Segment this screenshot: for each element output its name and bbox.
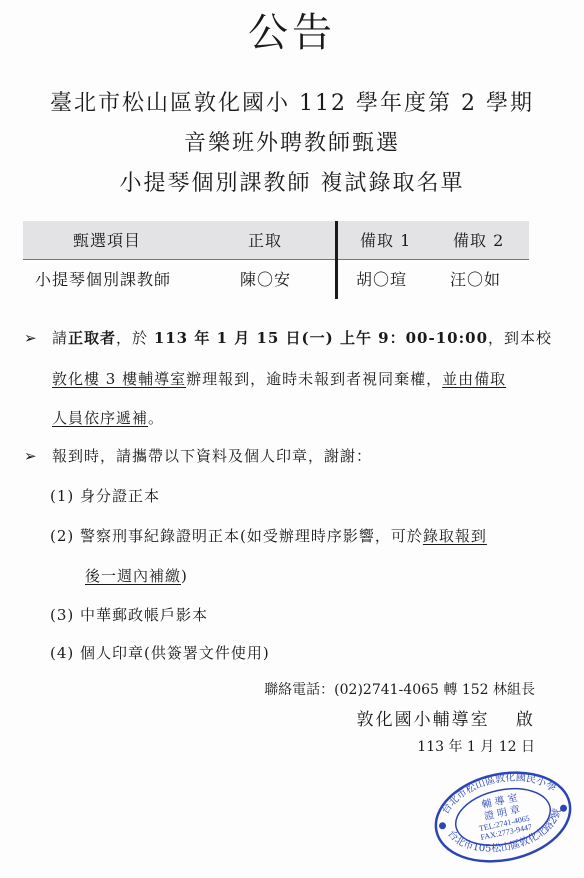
text: ，於	[116, 329, 154, 347]
underlined-text: 人員依序遞補	[52, 409, 148, 427]
notice-1-line-3: 人員依序遞補。	[52, 408, 164, 428]
arrow-bullet-icon: ➢	[24, 446, 37, 466]
notice-2-text: 報到時，請攜帶以下資料及個人印章，謝謝：	[52, 446, 372, 466]
item-number: (2)	[50, 527, 74, 545]
header-admitted: 正取	[248, 231, 282, 251]
item-number: (3)	[50, 606, 74, 624]
official-seal-stamp: 台北市松山區敦化國民小學 台北市105松山區敦化北路2號 輔 導 室 證 明 章…	[431, 769, 575, 866]
header-selection-item: 甄選項目	[73, 231, 141, 251]
item-number: (4)	[50, 644, 74, 662]
bold-datetime: 113 年 1 月 15 日(一) 上午 9：00-10:00	[154, 329, 488, 347]
text: 請	[52, 329, 68, 347]
item-number: (1)	[50, 487, 74, 505]
subtitle-recruitment: 音樂班外聘教師甄選	[0, 129, 584, 159]
list-item-2-continuation: 後一週內補繳)	[85, 566, 188, 586]
underlined-text: 並由備取	[442, 370, 506, 388]
cell-alternate-1: 胡〇瑄	[356, 270, 407, 290]
header-alternate-1: 備取 1	[360, 231, 411, 251]
list-item-4: (4) 個人印章(供簽署文件使用)	[50, 643, 270, 663]
list-item-3: (3) 中華郵政帳戶影本	[50, 605, 208, 625]
header-alternate-2: 備取 2	[453, 231, 504, 251]
underlined-location: 敦化樓 3 樓輔導室	[52, 370, 186, 388]
text: ，到本校	[488, 329, 552, 347]
issue-date: 113 年 1 月 12 日	[417, 738, 535, 756]
arrow-bullet-icon: ➢	[24, 328, 37, 348]
item-text: 中華郵政帳戶影本	[80, 606, 208, 624]
table-divider	[335, 221, 338, 299]
sender-office: 敦化國小輔導室 啟	[357, 709, 535, 731]
list-item-1: (1) 身分證正本	[50, 486, 160, 506]
item-text: 身分證正本	[80, 487, 160, 505]
item-text: 個人印章(供簽署文件使用)	[80, 644, 270, 662]
subtitle-school-term: 臺北市松山區敦化國小 112 學年度第 2 學期	[0, 89, 584, 119]
underlined-text: 後一週內補繳	[85, 567, 181, 585]
item-text: 警察刑事紀錄證明正本(如受辦理時序影響，可於	[80, 527, 423, 545]
underlined-text: 錄取報到	[423, 527, 487, 545]
text: )	[181, 567, 188, 585]
text: 。	[148, 409, 164, 427]
cell-selection-item: 小提琴個別課教師	[35, 270, 171, 290]
notice-1-line-2: 敦化樓 3 樓輔導室辦理報到，逾時未報到者視同棄權，並由備取	[52, 369, 506, 389]
cell-alternate-2: 汪〇如	[450, 270, 501, 290]
contact-phone: 聯絡電話：(02)2741-4065 轉 152 林組長	[264, 681, 535, 699]
subtitle-admission-list: 小提琴個別課教師 複試錄取名單	[0, 169, 584, 199]
cell-admitted: 陳〇安	[240, 270, 291, 290]
bold-text: 正取者	[68, 329, 116, 347]
text: 辦理報到，逾時未報到者視同棄權，	[186, 370, 442, 388]
document-title: 公告	[0, 8, 584, 58]
list-item-2: (2) 警察刑事紀錄證明正本(如受辦理時序影響，可於錄取報到	[50, 526, 487, 546]
admission-table: 甄選項目 正取 備取 1 備取 2 小提琴個別課教師 陳〇安 胡〇瑄 汪〇如	[23, 221, 529, 299]
notice-1-line-1: 請正取者，於 113 年 1 月 15 日(一) 上午 9：00-10:00，到…	[52, 328, 552, 348]
